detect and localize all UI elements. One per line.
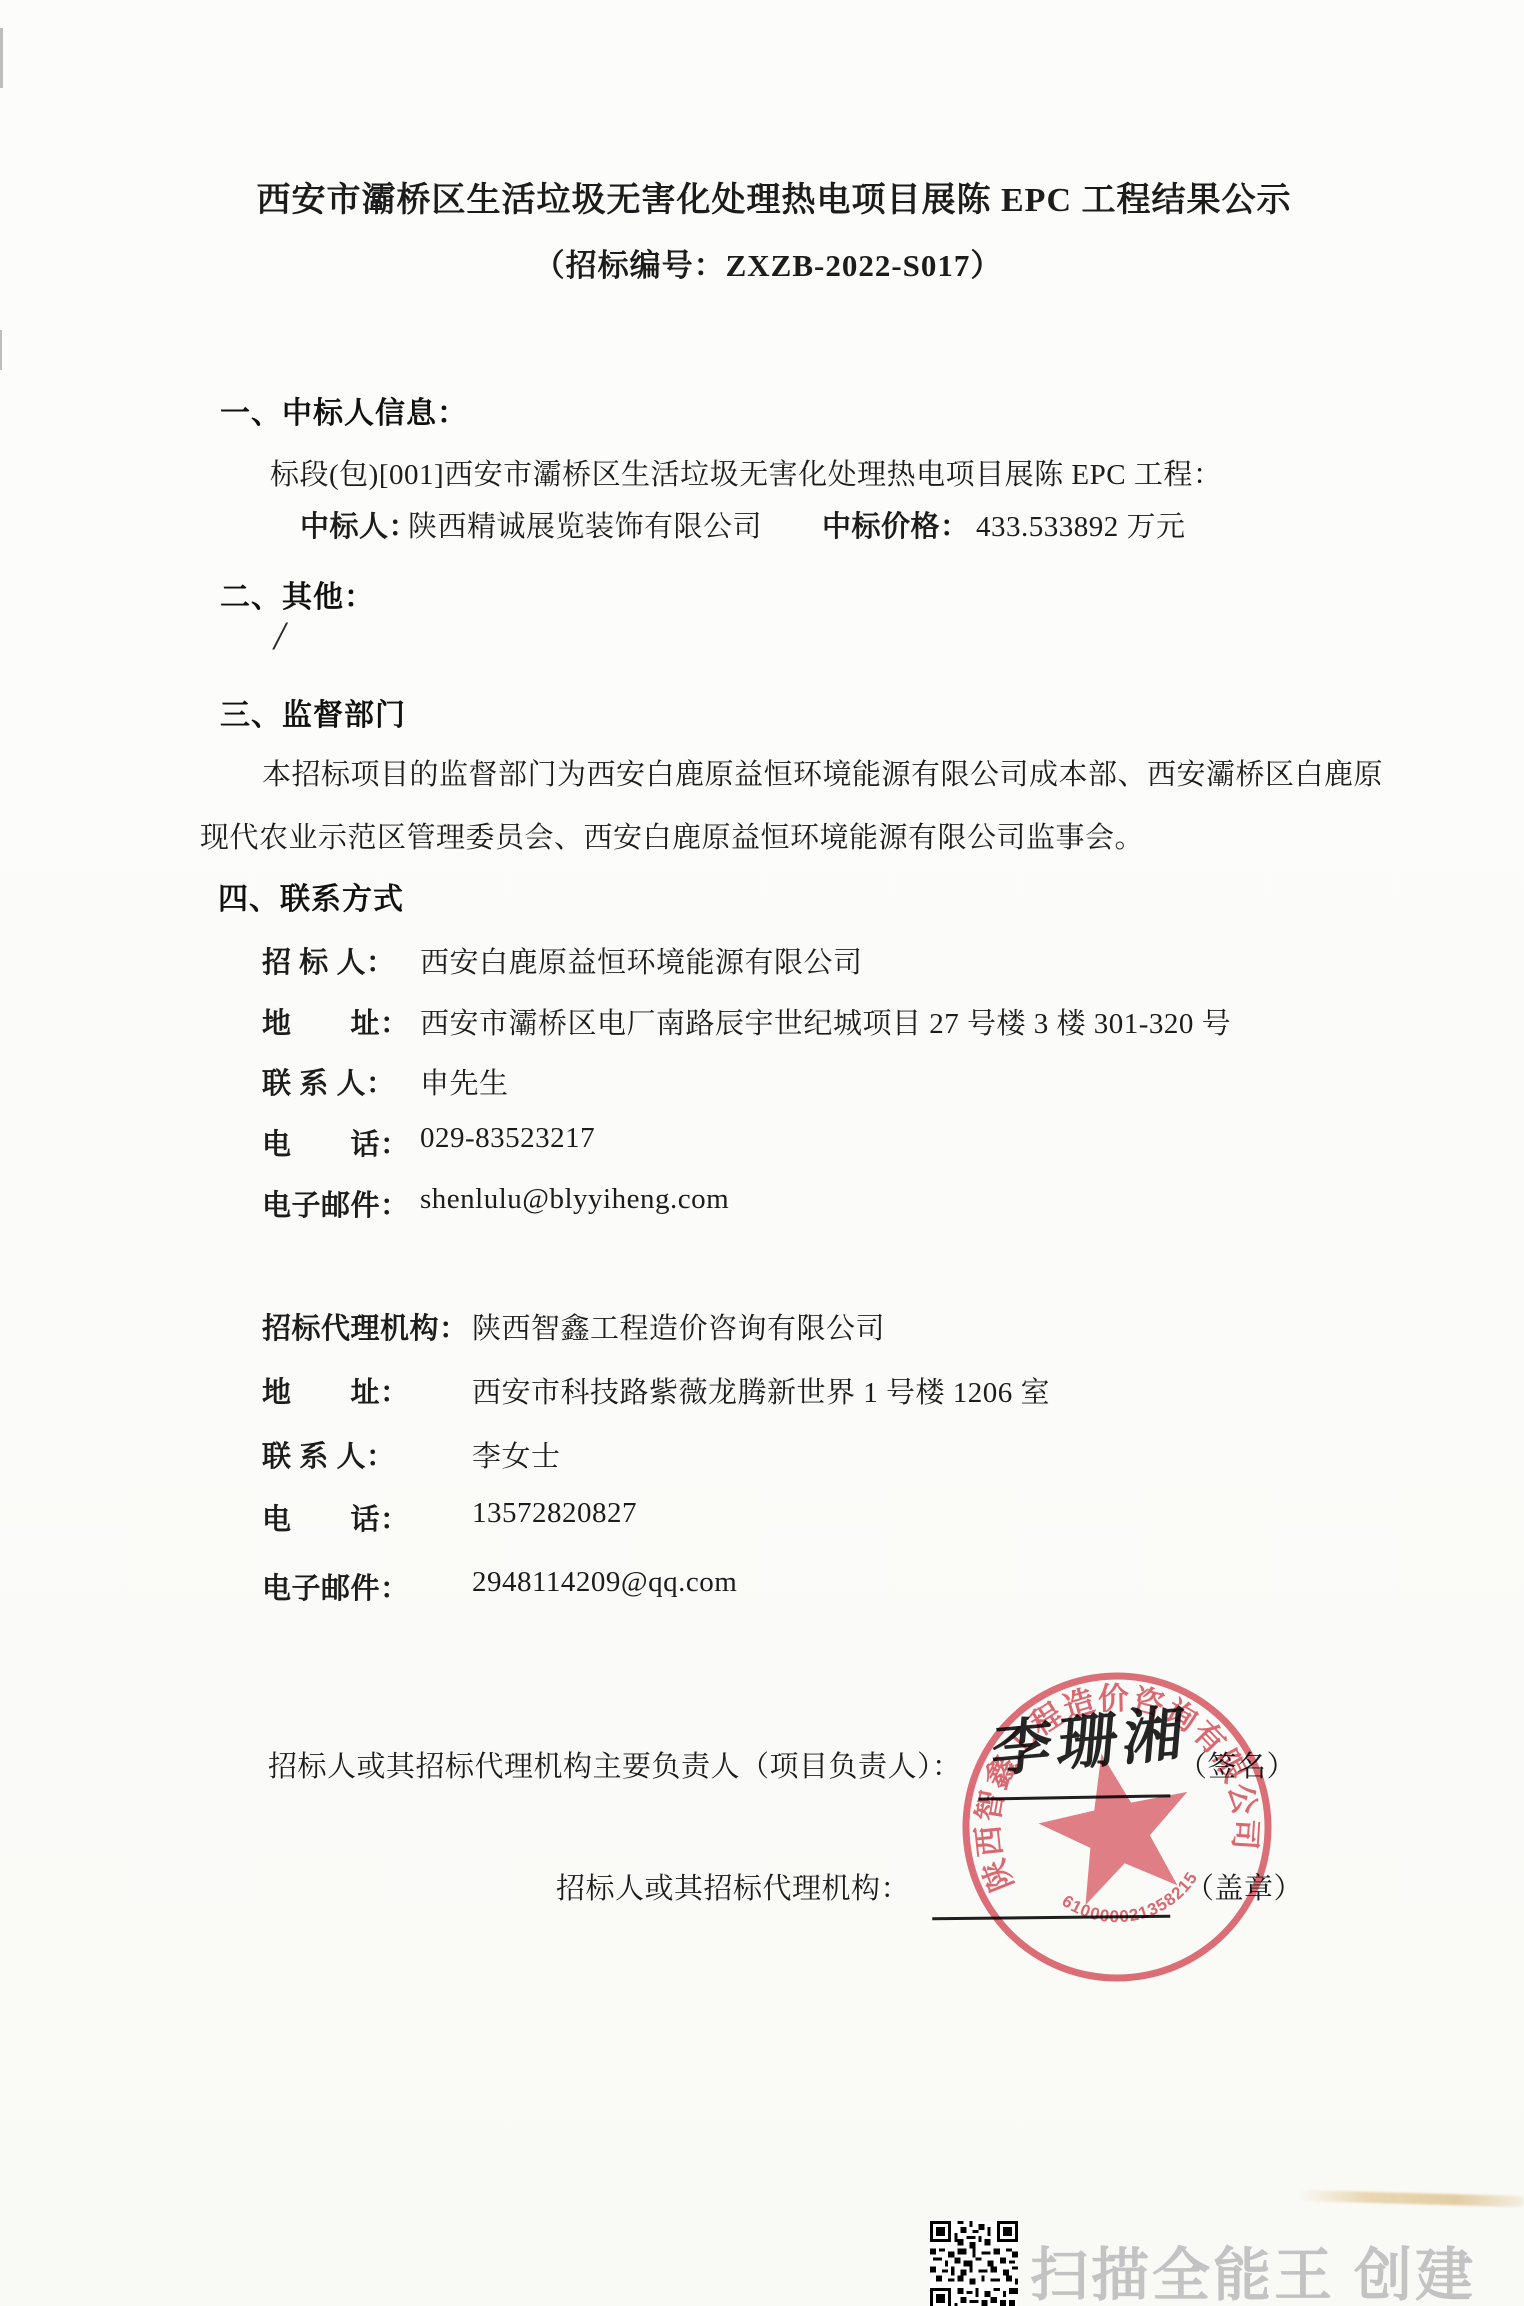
- scan-edge-mark: [0, 330, 2, 370]
- supervision-line-1: 本招标项目的监督部门为西安白鹿原益恒环境能源有限公司成本部、西安灞桥区白鹿原: [262, 752, 1383, 793]
- tenderer-row-label: 电子邮件：: [262, 1183, 410, 1224]
- tenderer-row-label: 地 址：: [262, 1001, 410, 1042]
- winner-name: 陕西精诚展览装饰有限公司: [408, 504, 762, 545]
- company-seal-stamp: 陕西智鑫工程造价咨询有限公司 610000021358215: [921, 1631, 1312, 2022]
- price-label: 中标价格：: [822, 504, 970, 545]
- section-4-heading: 四、联系方式: [218, 874, 404, 918]
- tenderer-row-value: 申先生: [420, 1061, 509, 1102]
- qr-code-graphic: [930, 2221, 1018, 2306]
- scan-artifact-streak: [1298, 2190, 1524, 2207]
- section-2-empty-value: /: [274, 612, 285, 659]
- tenderer-row-label: 招 标 人：: [262, 940, 396, 981]
- tenderer-row-value: 029-83523217: [420, 1122, 595, 1155]
- agency-row-value: 13572820827: [472, 1497, 637, 1530]
- tenderer-row-label: 联 系 人：: [262, 1061, 396, 1102]
- tenderer-row-value: 西安白鹿原益恒环境能源有限公司: [420, 940, 863, 981]
- agency-row-label: 电 话：: [262, 1497, 410, 1538]
- seal-graphic: 陕西智鑫工程造价咨询有限公司 610000021358215: [921, 1631, 1312, 2022]
- qr-code: [930, 2221, 1018, 2306]
- responsible-person-label: 招标人或其招标代理机构主要负责人（项目负责人）：: [268, 1744, 962, 1785]
- agency-row-value: 2948114209@qq.com: [472, 1566, 737, 1599]
- tender-number-subtitle: （招标编号：ZXZB-2022-S017）: [6, 240, 1524, 285]
- agency-row-label: 电子邮件：: [262, 1566, 410, 1607]
- seal-number-arc-text: 610000021358215: [1056, 1864, 1208, 1940]
- winner-label: 中标人：: [300, 504, 418, 545]
- supervision-line-2: 现代农业示范区管理委员会、西安白鹿原益恒环境能源有限公司监事会。: [200, 815, 1144, 856]
- agency-row-value: 陕西智鑫工程造价咨询有限公司: [472, 1306, 885, 1347]
- agency-row-value: 李女士: [472, 1434, 561, 1475]
- scanned-document-page: 西安市灞桥区生活垃圾无害化处理热电项目展陈 EPC 工程结果公示 （招标编号：Z…: [0, 0, 1524, 2306]
- agency-row-label: 地 址：: [262, 1370, 410, 1411]
- section-3-heading: 三、监督部门: [220, 690, 406, 734]
- agency-seal-label: 招标人或其招标代理机构：: [556, 1866, 910, 1907]
- camscanner-watermark: 扫描全能王 创建: [1030, 2228, 1476, 2306]
- lot-description-line: 标段(包)[001]西安市灞桥区生活垃圾无害化处理热电项目展陈 EPC 工程：: [270, 452, 1222, 493]
- tenderer-row-value: shenlulu@blyyiheng.com: [420, 1183, 729, 1216]
- tenderer-row-label: 电 话：: [262, 1122, 410, 1163]
- section-2-heading: 二、其他：: [220, 572, 375, 616]
- document-title: 西安市灞桥区生活垃圾无害化处理热电项目展陈 EPC 工程结果公示: [12, 172, 1524, 221]
- price-value: 433.533892 万元: [976, 504, 1186, 545]
- agency-row-label: 招标代理机构：: [262, 1306, 469, 1347]
- agency-row-label: 联 系 人：: [262, 1434, 396, 1475]
- section-1-heading: 一、中标人信息：: [220, 388, 468, 432]
- agency-row-value: 西安市科技路紫薇龙腾新世界 1 号楼 1206 室: [472, 1370, 1050, 1411]
- scan-edge-mark: [0, 28, 3, 88]
- tenderer-row-value: 西安市灞桥区电厂南路辰宇世纪城项目 27 号楼 3 楼 301-320 号: [420, 1001, 1231, 1042]
